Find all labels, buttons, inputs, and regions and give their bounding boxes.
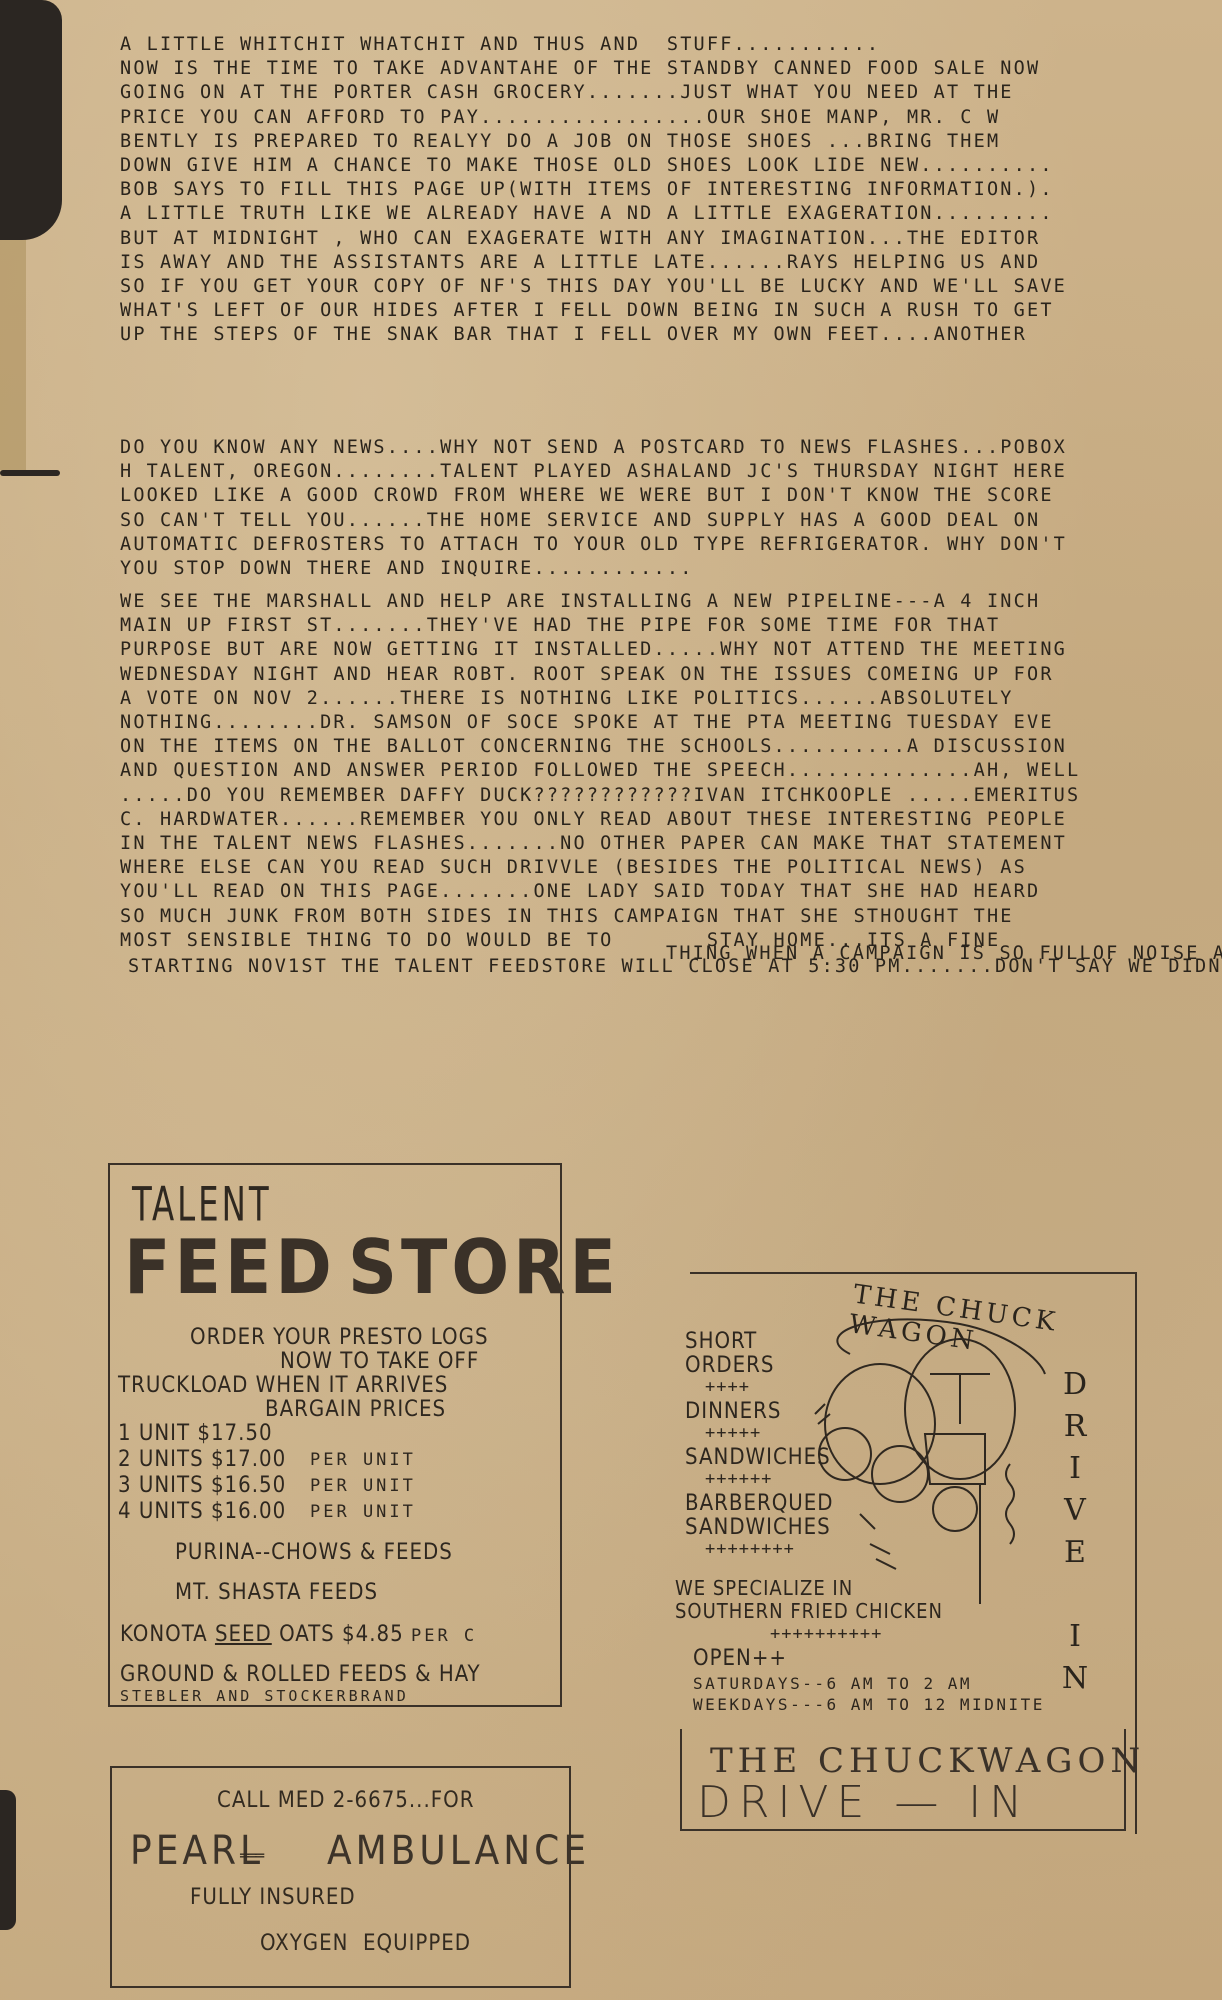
ad-line: BARGAIN PRICES <box>265 1397 446 1422</box>
closing-column: THING WHEN A CAMPAIGN IS SO FULLOF NOISE… <box>666 942 1222 966</box>
oats-seed: SEED <box>215 1622 272 1647</box>
text-line: WHAT'S LEFT OF OUR HIDES AFTER I FELL DO… <box>120 299 1067 323</box>
special-line-1: WE SPECIALIZE IN <box>675 1576 853 1600</box>
vertical-letter: R <box>1060 1406 1090 1448</box>
hours-saturdays: SATURDAYS--6 AM TO 2 AM <box>693 1674 972 1693</box>
vertical-letter: D <box>1060 1364 1090 1406</box>
text-line: PRICE YOU CAN AFFORD TO PAY.............… <box>120 106 1067 130</box>
vertical-letter: I <box>1060 1616 1090 1658</box>
news-column-whitchit: A LITTLE WHITCHIT WHATCHIT AND THUS AND … <box>120 33 1067 348</box>
text-line: ON THE ITEMS ON THE BALLOT CONCERNING TH… <box>120 735 1080 759</box>
price-unit: PER UNIT <box>310 1476 416 1496</box>
ambulance-feature-oxygen: OXYGEN EQUIPPED <box>260 1931 471 1956</box>
ink-mark-decoration <box>0 470 60 476</box>
open-label: OPEN++ <box>693 1646 787 1671</box>
ambulance-phone: CALL MED 2-6675...FOR <box>217 1788 474 1813</box>
menu-separator: ++++++++ <box>705 1539 795 1559</box>
chuckwagon-illustration <box>810 1314 1050 1614</box>
text-line: STARTING NOV1ST THE TALENT FEED <box>128 956 541 977</box>
sign-line-2: DRIVE — IN <box>697 1777 1030 1828</box>
menu-item: SHORT <box>685 1329 757 1354</box>
special-plus: ++++++++++ <box>770 1624 882 1644</box>
vertical-letter: N <box>1060 1658 1090 1700</box>
ink-stain-decoration <box>0 0 62 240</box>
feed-store-ad: TALENT FEED STORE ORDER YOUR PRESTO LOGS… <box>108 1163 562 1707</box>
text-line: MAIN UP FIRST ST.......THEY'VE HAD THE P… <box>120 614 1080 638</box>
price-row: 4 UNITS $16.00 <box>118 1499 286 1524</box>
brand-shasta: MT. SHASTA FEEDS <box>175 1580 378 1605</box>
vertical-letter: V <box>1060 1490 1090 1532</box>
price-row: 1 UNIT $17.50 <box>118 1421 273 1446</box>
text-line: IN THE TALENT NEWS FLASHES.......NO OTHE… <box>120 832 1080 856</box>
stebler-line: STEBLER AND STOCKERBRAND <box>120 1687 409 1705</box>
text-line: SO IF YOU GET YOUR COPY OF NF'S THIS DAY… <box>120 275 1067 299</box>
sign-line-1: THE CHUCKWAGON <box>710 1741 1145 1781</box>
text-line: AND QUESTION AND ANSWER PERIOD FOLLOWED … <box>120 759 1080 783</box>
menu-separator: +++++ <box>705 1423 761 1443</box>
text-line: DOWN GIVE HIM A CHANCE TO MAKE THOSE OLD… <box>120 154 1067 178</box>
price-unit: PER UNIT <box>310 1502 416 1522</box>
text-line: LOOKED LIKE A GOOD CROWD FROM WHERE WE W… <box>120 484 1067 508</box>
ad-title-feed: FEED <box>124 1225 336 1312</box>
text-line: H TALENT, OREGON........TALENT PLAYED AS… <box>120 460 1067 484</box>
menu-item: SANDWICHES <box>685 1515 831 1540</box>
text-line: SO CAN'T TELL YOU......THE HOME SERVICE … <box>120 509 1067 533</box>
text-line: YOU STOP DOWN THERE AND INQUIRE.........… <box>120 557 1067 581</box>
oats-price: OATS $4.85 <box>279 1622 404 1647</box>
news-column-do-you-know: DO YOU KNOW ANY NEWS....WHY NOT SEND A P… <box>120 436 1067 581</box>
text-line: IS AWAY AND THE ASSISTANTS ARE A LITTLE … <box>120 251 1067 275</box>
text-line: A LITTLE TRUTH LIKE WE ALREADY HAVE A ND… <box>120 202 1067 226</box>
ambulance-name-2: AMBULANCE <box>327 1828 590 1874</box>
ad-line: NOW TO TAKE OFF <box>280 1349 479 1374</box>
special-line-2: SOUTHERN FRIED CHICKEN <box>675 1599 943 1623</box>
drive-in-vertical-text: DRIVE IN <box>1060 1364 1090 1700</box>
ad-line: TRUCKLOAD WHEN IT ARRIVES <box>118 1373 448 1398</box>
text-line: C. HARDWATER......REMEMBER YOU ONLY READ… <box>120 808 1080 832</box>
text-line: AUTOMATIC DEFROSTERS TO ATTACH TO YOUR O… <box>120 533 1067 557</box>
oats-offer: KONOTA SEED OATS $4.85 PER C <box>120 1622 477 1647</box>
menu-item: DINNERS <box>685 1399 782 1424</box>
oats-brand: KONOTA <box>120 1622 208 1647</box>
chuckwagon-sign: THE CHUCKWAGON DRIVE — IN <box>680 1729 1126 1831</box>
text-line: PURPOSE BUT ARE NOW GETTING IT INSTALLED… <box>120 638 1080 662</box>
text-line: .....DO YOU REMEMBER DAFFY DUCK?????????… <box>120 784 1080 808</box>
text-line: THING WHEN A CAMPAIGN IS SO FULL <box>666 943 1093 964</box>
text-line: BUT AT MIDNIGHT , WHO CAN EXAGERATE WITH… <box>120 227 1067 251</box>
text-line: DO YOU KNOW ANY NEWS....WHY NOT SEND A P… <box>120 436 1067 460</box>
ambulance-ad: CALL MED 2-6675...FOR PEARL ═══ AMBULANC… <box>110 1766 571 1988</box>
menu-item: SANDWICHES <box>685 1445 831 1470</box>
price-row: 2 UNITS $17.00 <box>118 1447 286 1472</box>
menu-separator: ++++ <box>705 1377 750 1397</box>
water-stain-decoration <box>0 240 26 470</box>
vertical-letter <box>1060 1574 1090 1616</box>
vertical-letter: I <box>1060 1448 1090 1490</box>
text-line: OF NOISE AND STRIFE THAT IT NULL <box>1093 943 1222 964</box>
vertical-letter: E <box>1060 1532 1090 1574</box>
hours-weekdays: WEEKDAYS---6 AM TO 12 MIDNITE <box>693 1695 1045 1714</box>
ad-title-store: STORE <box>348 1225 620 1312</box>
ad-line: ORDER YOUR PRESTO LOGS <box>190 1325 489 1350</box>
menu-item: ORDERS <box>685 1353 774 1378</box>
price-row: 3 UNITS $16.50 <box>118 1473 286 1498</box>
ambulance-feature-insured: FULLY INSURED <box>190 1885 356 1910</box>
text-line: NOTHING........DR. SAMSON OF SOCE SPOKE … <box>120 711 1080 735</box>
text-line: UP THE STEPS OF THE SNAK BAR THAT I FELL… <box>120 323 1067 347</box>
brand-purina: PURINA--CHOWS & FEEDS <box>175 1540 453 1565</box>
news-column-pipeline-politics: WE SEE THE MARSHALL AND HELP ARE INSTALL… <box>120 590 1080 953</box>
text-line: WE SEE THE MARSHALL AND HELP ARE INSTALL… <box>120 590 1080 614</box>
text-line: WHERE ELSE CAN YOU READ SUCH DRIVVLE (BE… <box>120 856 1080 880</box>
text-line: SO MUCH JUNK FROM BOTH SIDES IN THIS CAM… <box>120 905 1080 929</box>
ground-feeds: GROUND & ROLLED FEEDS & HAY <box>120 1662 481 1687</box>
text-line: BENTLY IS PREPARED TO REALYY DO A JOB ON… <box>120 130 1067 154</box>
text-line: WEDNESDAY NIGHT AND HEAR ROBT. ROOT SPEA… <box>120 663 1080 687</box>
oats-unit: PER C <box>411 1626 477 1646</box>
text-line: GOING ON AT THE PORTER CASH GROCERY.....… <box>120 81 1067 105</box>
divider-lines: ═══ <box>240 1846 263 1865</box>
text-line: BOB SAYS TO FILL THIS PAGE UP(WITH ITEMS… <box>120 178 1067 202</box>
price-unit: PER UNIT <box>310 1450 416 1470</box>
menu-item: BARBERQUED <box>685 1491 834 1516</box>
menu-separator: ++++++ <box>705 1469 772 1489</box>
text-line: A LITTLE WHITCHIT WHATCHIT AND THUS AND … <box>120 33 1067 57</box>
text-line: NOW IS THE TIME TO TAKE ADVANTAHE OF THE… <box>120 57 1067 81</box>
text-line: YOU'LL READ ON THIS PAGE.......ONE LADY … <box>120 880 1080 904</box>
ink-stain-decoration <box>0 1790 16 1930</box>
chuckwagon-ad: THE CHUCK WAGON DRIVE IN SHORTORDERS++++… <box>690 1272 1137 1834</box>
text-line: A VOTE ON NOV 2......THERE IS NOTHING LI… <box>120 687 1080 711</box>
